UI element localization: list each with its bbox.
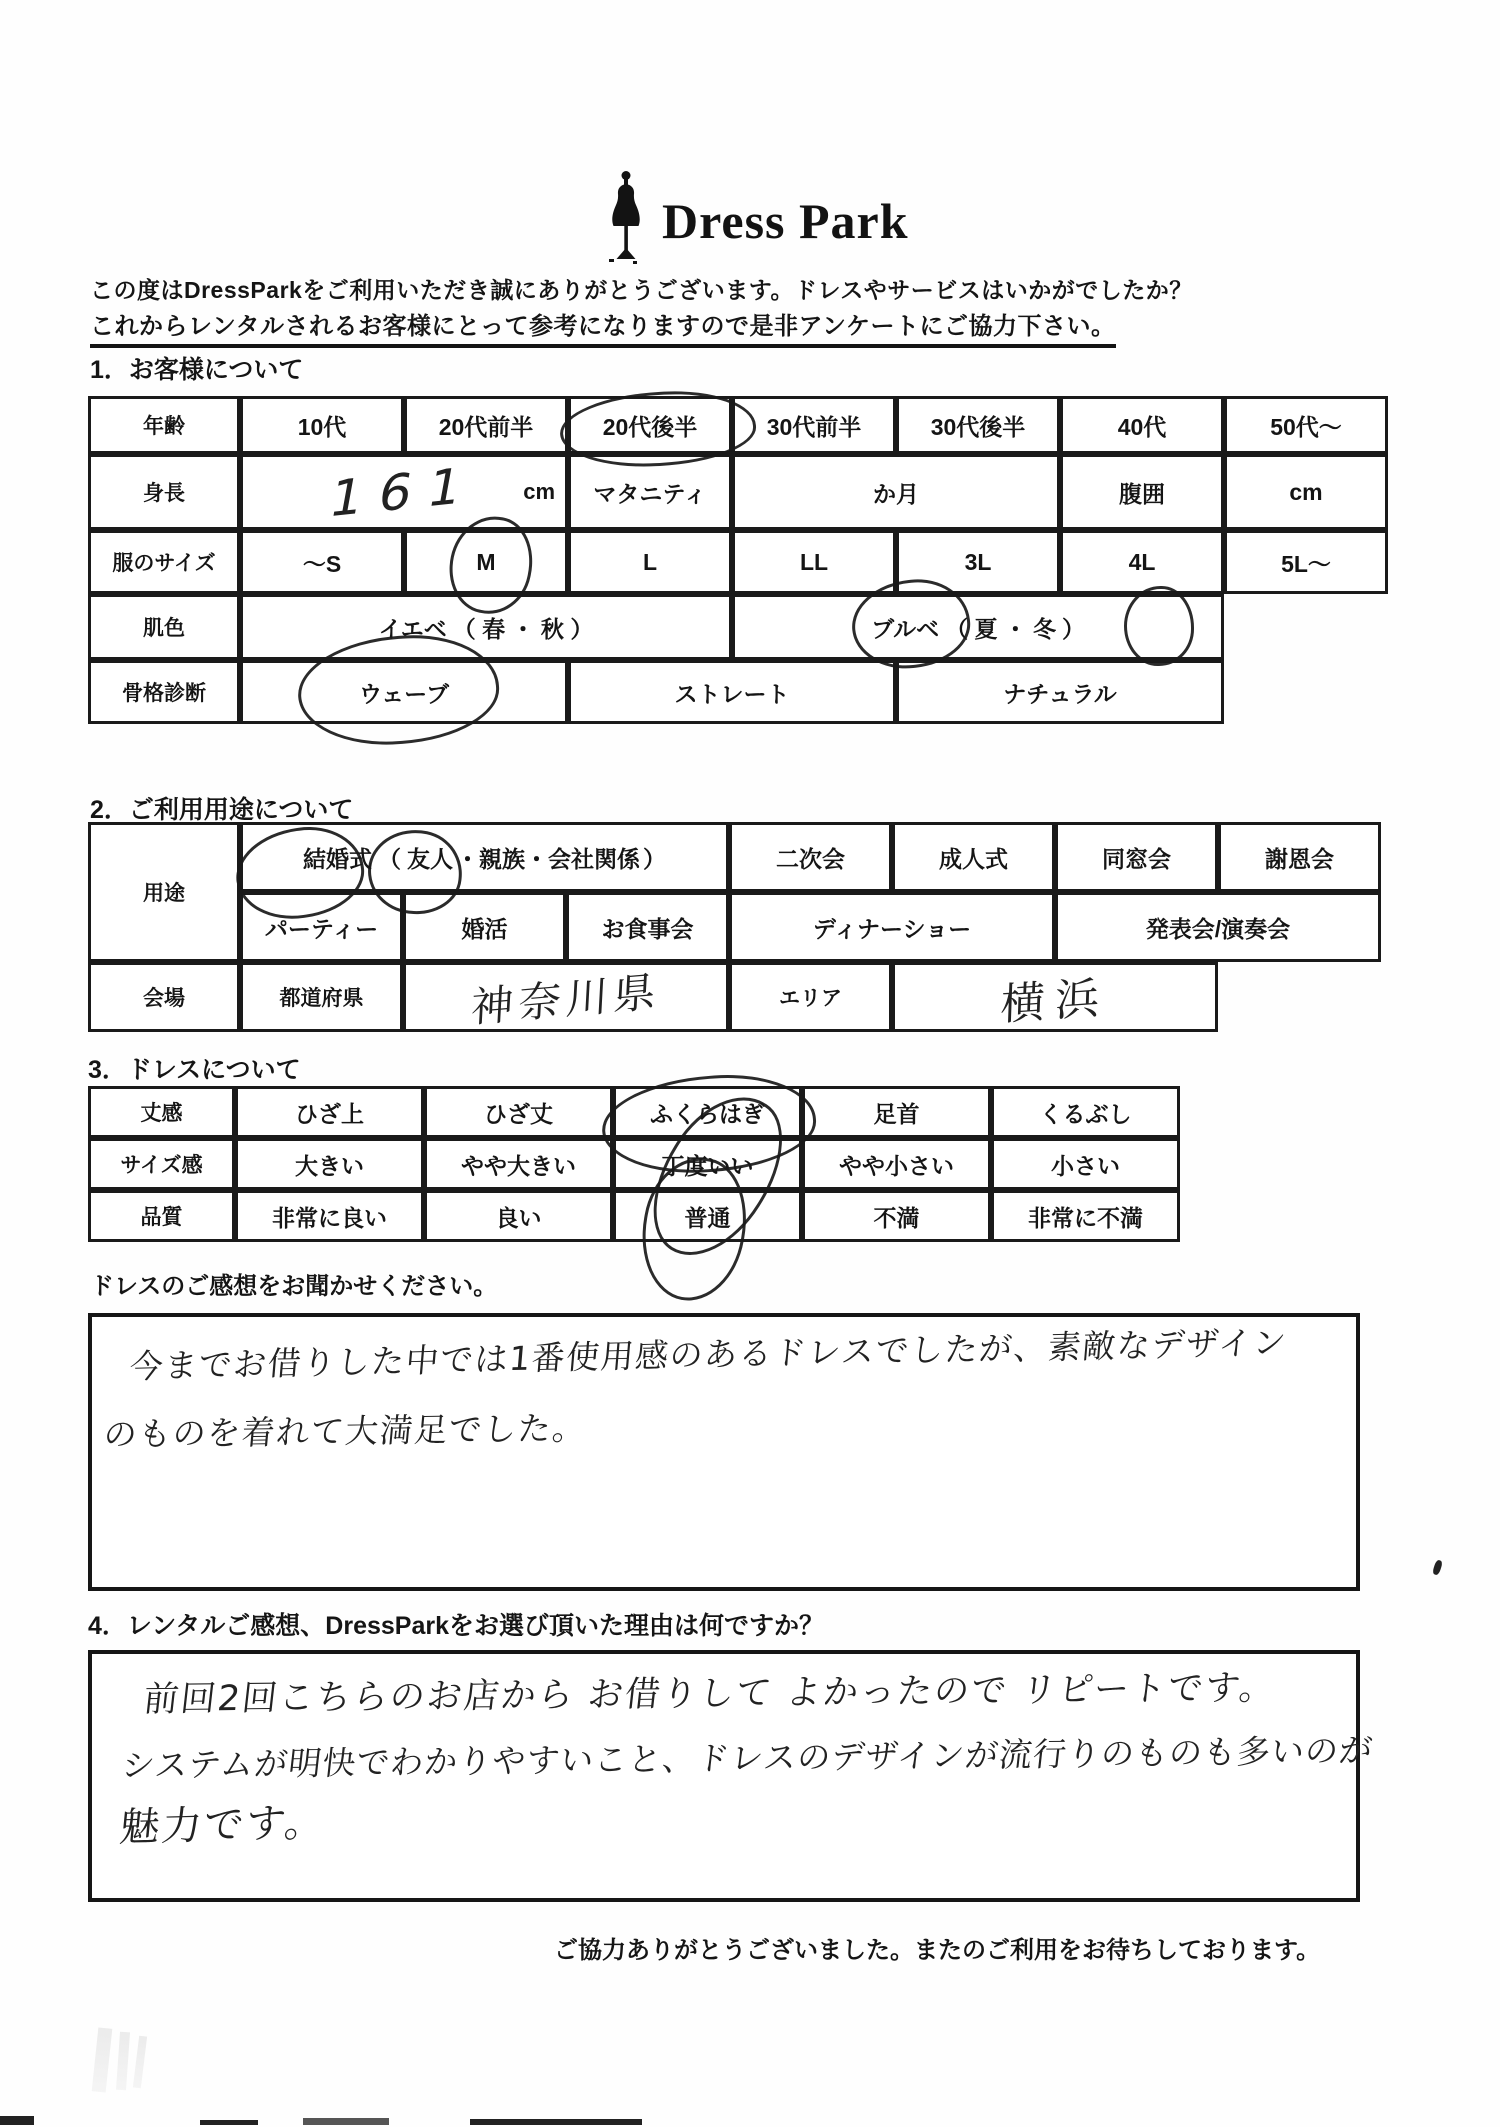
scan-streak xyxy=(92,2027,113,2092)
fit-option: やや大きい xyxy=(424,1138,613,1190)
dress-feedback-handwriting: 今までお借りした中では1番使用感のあるドレスでしたが、素敵なデザイン xyxy=(128,1317,1289,1388)
height-value-cell: 161 cm xyxy=(240,454,568,530)
size-option: L xyxy=(568,530,732,594)
scan-streak xyxy=(133,2036,147,2089)
prefecture-handwritten-value: 神奈川県 xyxy=(470,959,663,1035)
brand-name: Dress Park xyxy=(662,192,909,250)
reason-feedback-box: 前回2回こちらのお店から お借りして よかったので リピートです。 システムが明… xyxy=(88,1650,1360,1902)
purpose-wedding-rest: ・親族・会社関係 xyxy=(456,841,640,874)
quality-option: 不満 xyxy=(802,1190,991,1242)
age-option: 30代前半 xyxy=(732,396,896,454)
scan-edge-mark xyxy=(200,2120,258,2125)
purpose-option: 成人式 xyxy=(892,822,1055,892)
height-handwritten-value: 161 xyxy=(325,456,482,529)
section4-heading: 4．レンタルご感想、DressParkをお選び頂いた理由は何ですか？ xyxy=(88,1606,824,1642)
age-option: 10代 xyxy=(240,396,404,454)
dress-form-icon xyxy=(604,170,650,264)
skin-winter-circled: 冬 xyxy=(1033,611,1056,644)
area-label: エリア xyxy=(729,962,892,1032)
scanned-questionnaire-page: Dress Park この度はDressParkをご利用いただき誠にありがとうご… xyxy=(0,0,1500,2127)
section1-heading: 1．お客様について xyxy=(90,350,303,386)
size-option: ～S xyxy=(240,530,404,594)
intro-text-underlined: これからレンタルされるお客様にとって参考になりますので是非アンケートにご協力下さ… xyxy=(90,306,1116,348)
size-option: LL xyxy=(732,530,896,594)
fit-option: 小さい xyxy=(991,1138,1180,1190)
length-option: 足首 xyxy=(802,1086,991,1138)
fit-option: やや小さい xyxy=(802,1138,991,1190)
section3-heading: 3．ドレスについて xyxy=(88,1050,301,1086)
circle-annotation-skin-winter xyxy=(1124,586,1194,666)
size-option: 4L xyxy=(1060,530,1224,594)
scan-edge-mark xyxy=(0,2116,34,2125)
age-option: 40代 xyxy=(1060,396,1224,454)
skeleton-option: ナチュラル xyxy=(896,660,1224,724)
dress-feedback-box: 今までお借りした中では1番使用感のあるドレスでしたが、素敵なデザイン のものを着… xyxy=(88,1313,1360,1591)
age-label: 年齢 xyxy=(88,396,240,454)
height-unit: cm xyxy=(523,479,555,505)
quality-option: 非常に不満 xyxy=(991,1190,1180,1242)
reason-handwriting: 魅力です。 xyxy=(117,1791,329,1854)
reason-handwriting: システムが明快でわかりやすいこと、ドレスのデザインが流行りのものも多いのが xyxy=(119,1725,1376,1787)
venue-label: 会場 xyxy=(88,962,240,1032)
scan-edge-mark xyxy=(470,2119,642,2125)
purpose-option: お食事会 xyxy=(566,892,729,962)
length-label: 丈感 xyxy=(88,1086,235,1138)
length-option: ひざ丈 xyxy=(424,1086,613,1138)
months-label: か月 xyxy=(732,454,1060,530)
size-label: 服のサイズ xyxy=(88,530,240,594)
brand-logo: Dress Park xyxy=(604,170,909,264)
closing-message: ご協力ありがとうございました。またのご利用をお待ちしております。 xyxy=(554,1930,1320,1965)
skin-yellow-seasons: （ 春 ・ 秋 ） xyxy=(453,611,594,644)
quality-option: 非常に良い xyxy=(235,1190,424,1242)
prefecture-label: 都道府県 xyxy=(240,962,403,1032)
skin-label: 肌色 xyxy=(88,594,240,660)
purpose-option: ディナーショー xyxy=(729,892,1055,962)
scan-edge-mark xyxy=(303,2118,389,2125)
prefecture-value-cell: 神奈川県 xyxy=(403,962,729,1032)
scan-streak xyxy=(116,2032,130,2091)
area-value-cell: 横浜 xyxy=(892,962,1218,1032)
size-option: 5L～ xyxy=(1224,530,1388,594)
quality-label: 品質 xyxy=(88,1190,235,1242)
scan-speck xyxy=(1432,1559,1443,1575)
age-option: 20代前半 xyxy=(404,396,568,454)
waist-unit: cm xyxy=(1224,454,1388,530)
purpose-wedding-close: ） xyxy=(643,841,666,874)
length-option: ひざ上 xyxy=(235,1086,424,1138)
age-option: 50代～ xyxy=(1224,396,1388,454)
purpose-option: 発表会/演奏会 xyxy=(1055,892,1381,962)
length-option: くるぶし xyxy=(991,1086,1180,1138)
purpose-option: 二次会 xyxy=(729,822,892,892)
section2-heading: 2．ご利用用途について xyxy=(90,790,353,826)
dress-feedback-handwriting: のものを着れて大満足でした。 xyxy=(102,1402,589,1456)
skeleton-label: 骨格診断 xyxy=(88,660,240,724)
reason-handwriting: 前回2回こちらのお店から お借りして よかったので リピートです。 xyxy=(141,1660,1279,1722)
fit-label: サイズ感 xyxy=(88,1138,235,1190)
intro-text: この度はDressParkをご利用いただき誠にありがとうございます。ドレスやサー… xyxy=(90,272,1193,305)
skeleton-option: ストレート xyxy=(568,660,896,724)
purpose-option: 同窓会 xyxy=(1055,822,1218,892)
age-option: 30代後半 xyxy=(896,396,1060,454)
purpose-label: 用途 xyxy=(88,822,240,962)
area-handwritten-value: 横浜 xyxy=(1000,961,1111,1032)
purpose-option: 謝恩会 xyxy=(1218,822,1381,892)
dress-feedback-label: ドレスのご感想をお聞かせください。 xyxy=(90,1266,497,1301)
fit-option: 大きい xyxy=(235,1138,424,1190)
skin-blue-close: ） xyxy=(1062,611,1085,644)
waist-label: 腹囲 xyxy=(1060,454,1224,530)
quality-option: 良い xyxy=(424,1190,613,1242)
height-label: 身長 xyxy=(88,454,240,530)
